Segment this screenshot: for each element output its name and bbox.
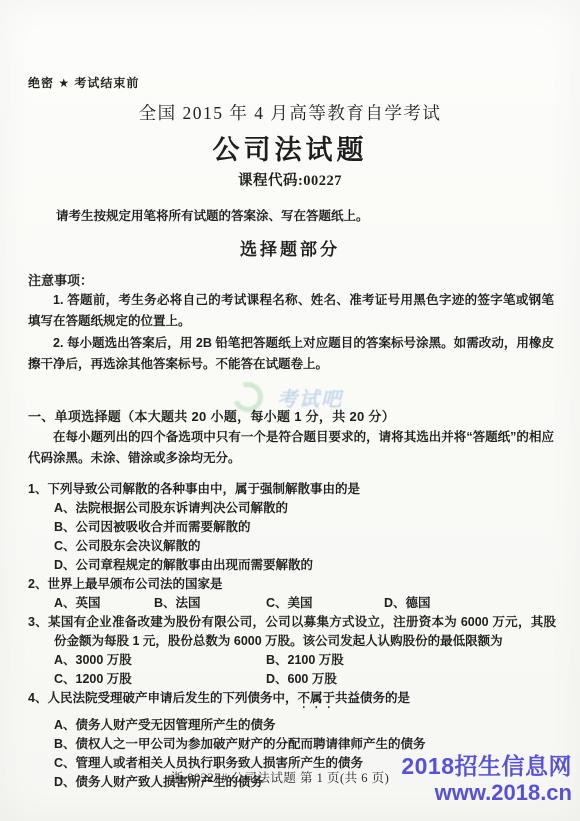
note-item-1: 1. 答题前，考生务必将自己的考试课程名称、姓名、准考证号用黑色字迹的签字笔或钢… [28,290,554,332]
question-3: 3、某国有企业准备改建为股份有限公司，公司以募集方式设立，注册资本为 6000 … [28,613,556,689]
security-classification-label: 绝密 ★ 考试结束前 [28,74,580,91]
question-4-number: 4、 [28,691,47,705]
question-1-stem-text: 下列导致公司解散的各种事由中，属于强制解散事由的是 [47,482,360,496]
question-3-option-c: C、1200 万股 [54,670,266,689]
question-1-number: 1、 [28,482,47,496]
question-4-stem-emphasis: 不属于 [297,691,335,705]
notes-heading: 注意事项： [28,270,580,289]
question-3-option-b: B、2100 万股 [266,651,556,670]
question-1-option-d: D、公司章程规定的解散事由出现而需要解散的 [54,556,556,575]
question-2-option-a: A、英国 [54,594,154,613]
question-2-option-b: B、法国 [154,594,266,613]
question-4-option-a: A、债务人财产受无因管理所产生的债务 [54,716,556,735]
section-part-title: 选择题部分 [0,235,580,260]
site-watermark-name: 2018招生信息网 [401,753,572,780]
question-2-stem: 2、世界上最早颁布公司法的国家是 [28,575,556,594]
section-one-description: 在每小题列出的四个备选项中只有一个是符合题目要求的，请将其选出并将“答题纸”的相… [28,427,554,469]
question-2: 2、世界上最早颁布公司法的国家是 A、英国 B、法国 C、美国 D、德国 [28,575,556,613]
question-1-option-c: C、公司股东会决议解散的 [54,537,556,556]
question-4-stem-post: 共益债务的是 [335,691,410,705]
question-2-option-d: D、德国 [384,594,431,613]
site-watermark: 2018招生信息网 www.2018.cn [401,753,572,806]
note-item-2: 2. 每小题选出答案后，用 2B 铅笔把答题纸上对应题目的答案标号涂黑。如需改动… [28,333,554,375]
question-4-option-b: B、债权人之一甲公司为参加破产财产的分配而聘请律师产生的债务 [54,735,556,754]
question-1-option-a: A、法院根据公司股东诉请判决公司解散的 [54,499,556,518]
question-1: 1、下列导致公司解散的各种事由中，属于强制解散事由的是 A、法院根据公司股东诉请… [28,480,556,575]
question-4-stem: 4、人民法院受理破产申请后发生的下列债务中，不属于共益债务的是 [28,689,556,711]
question-2-option-c: C、美国 [266,594,384,613]
exam-paper-page: 考试吧 绝密 ★ 考试结束前 全国 2015 年 4 月高等教育自学考试 公司法… [0,0,580,821]
question-2-stem-text: 世界上最早颁布公司法的国家是 [47,577,222,591]
question-3-stem-text: 某国有企业准备改建为股份有限公司，公司以募集方式设立，注册资本为 6000 万元… [48,615,556,648]
site-watermark-url: www.2018.cn [401,780,572,806]
pen-instruction: 请考生按规定用笔将所有试题的答案涂、写在答题纸上。 [56,206,552,224]
question-2-number: 2、 [28,577,47,591]
question-3-option-a: A、3000 万股 [54,651,266,670]
question-1-option-b: B、公司因被吸收合并而需要解散的 [54,518,556,537]
paper-title: 公司法试题 [0,128,580,167]
question-1-options: A、法院根据公司股东诉请判决公司解散的 B、公司因被吸收合并而需要解散的 C、公… [28,499,556,575]
section-one-heading: 一、单项选择题（本大题共 20 小题，每小题 1 分，共 20 分） [28,406,580,425]
question-2-options: A、英国 B、法国 C、美国 D、德国 [28,594,556,613]
question-3-options: A、3000 万股 B、2100 万股 C、1200 万股 D、600 万股 [28,651,556,689]
course-code: 课程代码:00227 [0,169,580,190]
question-list: 1、下列导致公司解散的各种事由中，属于强制解散事由的是 A、法院根据公司股东诉请… [28,480,556,792]
question-3-number: 3、 [28,615,48,629]
question-4-stem-pre: 人民法院受理破产申请后发生的下列债务中， [47,691,297,705]
exam-series-title: 全国 2015 年 4 月高等教育自学考试 [0,100,580,125]
question-3-option-d: D、600 万股 [266,670,556,689]
question-3-stem: 3、某国有企业准备改建为股份有限公司，公司以募集方式设立，注册资本为 6000 … [28,613,556,651]
question-1-stem: 1、下列导致公司解散的各种事由中，属于强制解散事由的是 [28,480,556,499]
